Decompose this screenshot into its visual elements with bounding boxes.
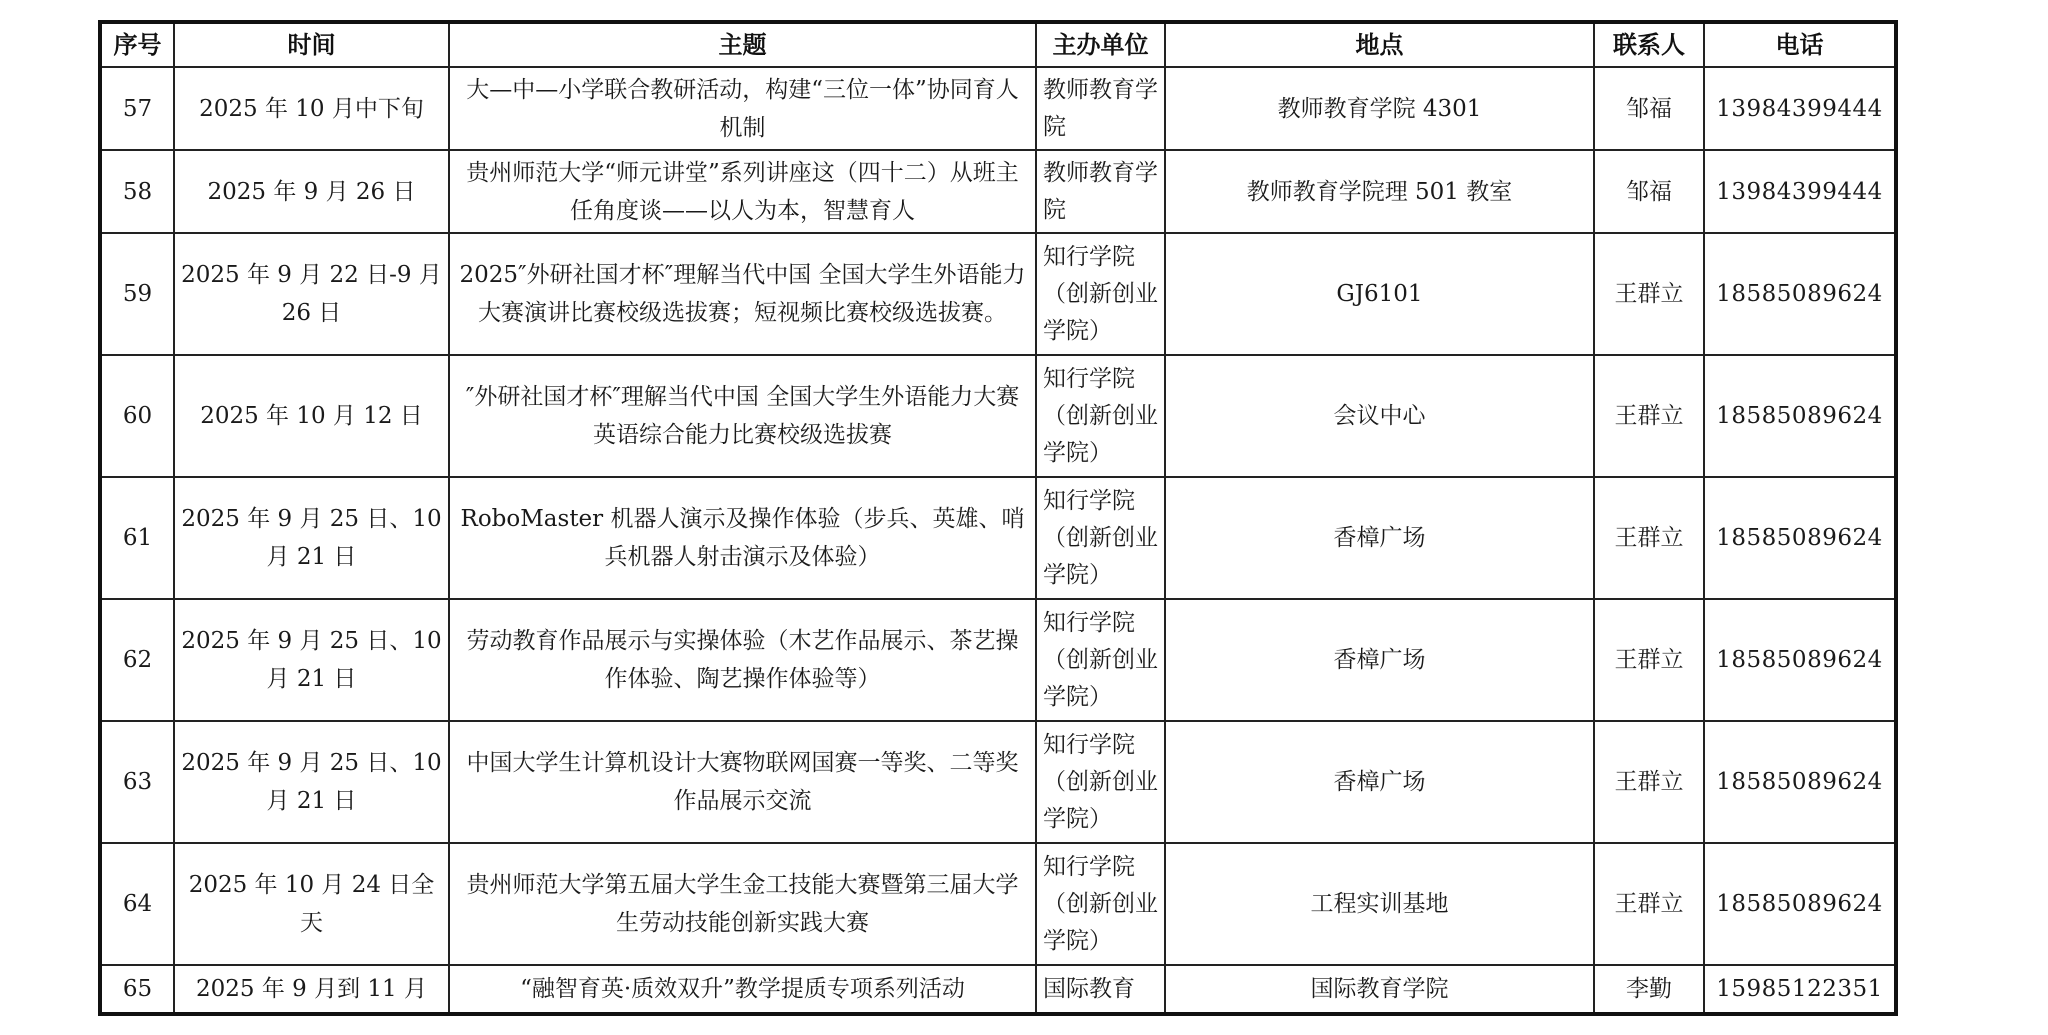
cell-topic: 大—中—小学联合教研活动，构建“三位一体”协同育人机制 bbox=[449, 67, 1036, 150]
cell-no: 57 bbox=[100, 67, 174, 150]
cell-location: 国际教育学院 bbox=[1165, 965, 1594, 1014]
table-row: 58 2025 年 9 月 26 日 贵州师范大学“师元讲堂”系列讲座这（四十二… bbox=[100, 150, 1896, 233]
table-row: 60 2025 年 10 月 12 日 ″外研社国才杯″理解当代中国 全国大学生… bbox=[100, 355, 1896, 477]
cell-no: 64 bbox=[100, 843, 174, 965]
table-row: 62 2025 年 9 月 25 日、10 月 21 日 劳动教育作品展示与实操… bbox=[100, 599, 1896, 721]
cell-contact: 王群立 bbox=[1594, 721, 1704, 843]
activity-schedule-table: 序号 时间 主题 主办单位 地点 联系人 电话 57 2025 年 10 月中下… bbox=[98, 20, 1898, 1016]
cell-topic: 贵州师范大学第五届大学生金工技能大赛暨第三届大学生劳动技能创新实践大赛 bbox=[449, 843, 1036, 965]
cell-organizer: 教师教育学院 bbox=[1036, 150, 1165, 233]
cell-no: 59 bbox=[100, 233, 174, 355]
cell-contact: 王群立 bbox=[1594, 843, 1704, 965]
cell-contact: 王群立 bbox=[1594, 477, 1704, 599]
cell-contact: 王群立 bbox=[1594, 599, 1704, 721]
cell-organizer: 知行学院（创新创业学院） bbox=[1036, 721, 1165, 843]
cell-phone: 13984399444 bbox=[1704, 150, 1896, 233]
cell-topic: ″外研社国才杯″理解当代中国 全国大学生外语能力大赛 英语综合能力比赛校级选拔赛 bbox=[449, 355, 1036, 477]
header-organizer: 主办单位 bbox=[1036, 22, 1165, 67]
cell-time: 2025 年 9 月 26 日 bbox=[174, 150, 449, 233]
table-row: 59 2025 年 9 月 22 日-9 月 26 日 2025″外研社国才杯″… bbox=[100, 233, 1896, 355]
cell-phone: 18585089624 bbox=[1704, 233, 1896, 355]
cell-phone: 18585089624 bbox=[1704, 355, 1896, 477]
table-header-row: 序号 时间 主题 主办单位 地点 联系人 电话 bbox=[100, 22, 1896, 67]
cell-phone: 18585089624 bbox=[1704, 599, 1896, 721]
cell-contact: 王群立 bbox=[1594, 355, 1704, 477]
cell-no: 63 bbox=[100, 721, 174, 843]
cell-location: 会议中心 bbox=[1165, 355, 1594, 477]
cell-contact: 李勤 bbox=[1594, 965, 1704, 1014]
cell-phone: 15985122351 bbox=[1704, 965, 1896, 1014]
cell-no: 61 bbox=[100, 477, 174, 599]
cell-time: 2025 年 9 月 25 日、10 月 21 日 bbox=[174, 721, 449, 843]
table-row: 61 2025 年 9 月 25 日、10 月 21 日 RoboMaster … bbox=[100, 477, 1896, 599]
cell-topic: RoboMaster 机器人演示及操作体验（步兵、英雄、哨兵机器人射击演示及体验… bbox=[449, 477, 1036, 599]
table-row: 65 2025 年 9 月到 11 月 “融智育英·质效双升”教学提质专项系列活… bbox=[100, 965, 1896, 1014]
cell-location: 香樟广场 bbox=[1165, 721, 1594, 843]
cell-location: 香樟广场 bbox=[1165, 599, 1594, 721]
cell-time: 2025 年 9 月到 11 月 bbox=[174, 965, 449, 1014]
cell-time: 2025 年 10 月 24 日全天 bbox=[174, 843, 449, 965]
cell-location: 工程实训基地 bbox=[1165, 843, 1594, 965]
cell-no: 58 bbox=[100, 150, 174, 233]
table-row: 64 2025 年 10 月 24 日全天 贵州师范大学第五届大学生金工技能大赛… bbox=[100, 843, 1896, 965]
activity-schedule-sheet: 序号 时间 主题 主办单位 地点 联系人 电话 57 2025 年 10 月中下… bbox=[98, 20, 1898, 1016]
header-time: 时间 bbox=[174, 22, 449, 67]
cell-no: 60 bbox=[100, 355, 174, 477]
cell-no: 65 bbox=[100, 965, 174, 1014]
header-location: 地点 bbox=[1165, 22, 1594, 67]
cell-time: 2025 年 10 月 12 日 bbox=[174, 355, 449, 477]
cell-time: 2025 年 9 月 25 日、10 月 21 日 bbox=[174, 599, 449, 721]
cell-topic: 劳动教育作品展示与实操体验（木艺作品展示、茶艺操作体验、陶艺操作体验等） bbox=[449, 599, 1036, 721]
cell-organizer: 知行学院（创新创业学院） bbox=[1036, 233, 1165, 355]
cell-phone: 18585089624 bbox=[1704, 721, 1896, 843]
table-row: 57 2025 年 10 月中下旬 大—中—小学联合教研活动，构建“三位一体”协… bbox=[100, 67, 1896, 150]
header-contact: 联系人 bbox=[1594, 22, 1704, 67]
cell-time: 2025 年 10 月中下旬 bbox=[174, 67, 449, 150]
header-no: 序号 bbox=[100, 22, 174, 67]
cell-topic: 贵州师范大学“师元讲堂”系列讲座这（四十二）从班主任角度谈——以人为本，智慧育人 bbox=[449, 150, 1036, 233]
cell-organizer: 教师教育学院 bbox=[1036, 67, 1165, 150]
cell-phone: 13984399444 bbox=[1704, 67, 1896, 150]
cell-contact: 邹福 bbox=[1594, 67, 1704, 150]
cell-organizer: 知行学院（创新创业学院） bbox=[1036, 477, 1165, 599]
cell-location: 教师教育学院理 501 教室 bbox=[1165, 150, 1594, 233]
cell-organizer: 国际教育 bbox=[1036, 965, 1165, 1014]
cell-organizer: 知行学院（创新创业学院） bbox=[1036, 843, 1165, 965]
cell-contact: 邹福 bbox=[1594, 150, 1704, 233]
cell-time: 2025 年 9 月 22 日-9 月 26 日 bbox=[174, 233, 449, 355]
cell-organizer: 知行学院（创新创业学院） bbox=[1036, 355, 1165, 477]
cell-phone: 18585089624 bbox=[1704, 843, 1896, 965]
cell-topic: “融智育英·质效双升”教学提质专项系列活动 bbox=[449, 965, 1036, 1014]
cell-contact: 王群立 bbox=[1594, 233, 1704, 355]
cell-topic: 2025″外研社国才杯″理解当代中国 全国大学生外语能力大赛演讲比赛校级选拔赛；… bbox=[449, 233, 1036, 355]
cell-phone: 18585089624 bbox=[1704, 477, 1896, 599]
cell-organizer: 知行学院（创新创业学院） bbox=[1036, 599, 1165, 721]
table-row: 63 2025 年 9 月 25 日、10 月 21 日 中国大学生计算机设计大… bbox=[100, 721, 1896, 843]
header-topic: 主题 bbox=[449, 22, 1036, 67]
cell-no: 62 bbox=[100, 599, 174, 721]
cell-location: 香樟广场 bbox=[1165, 477, 1594, 599]
header-phone: 电话 bbox=[1704, 22, 1896, 67]
cell-location: 教师教育学院 4301 bbox=[1165, 67, 1594, 150]
cell-time: 2025 年 9 月 25 日、10 月 21 日 bbox=[174, 477, 449, 599]
cell-location: GJ6101 bbox=[1165, 233, 1594, 355]
cell-topic: 中国大学生计算机设计大赛物联网国赛一等奖、二等奖作品展示交流 bbox=[449, 721, 1036, 843]
